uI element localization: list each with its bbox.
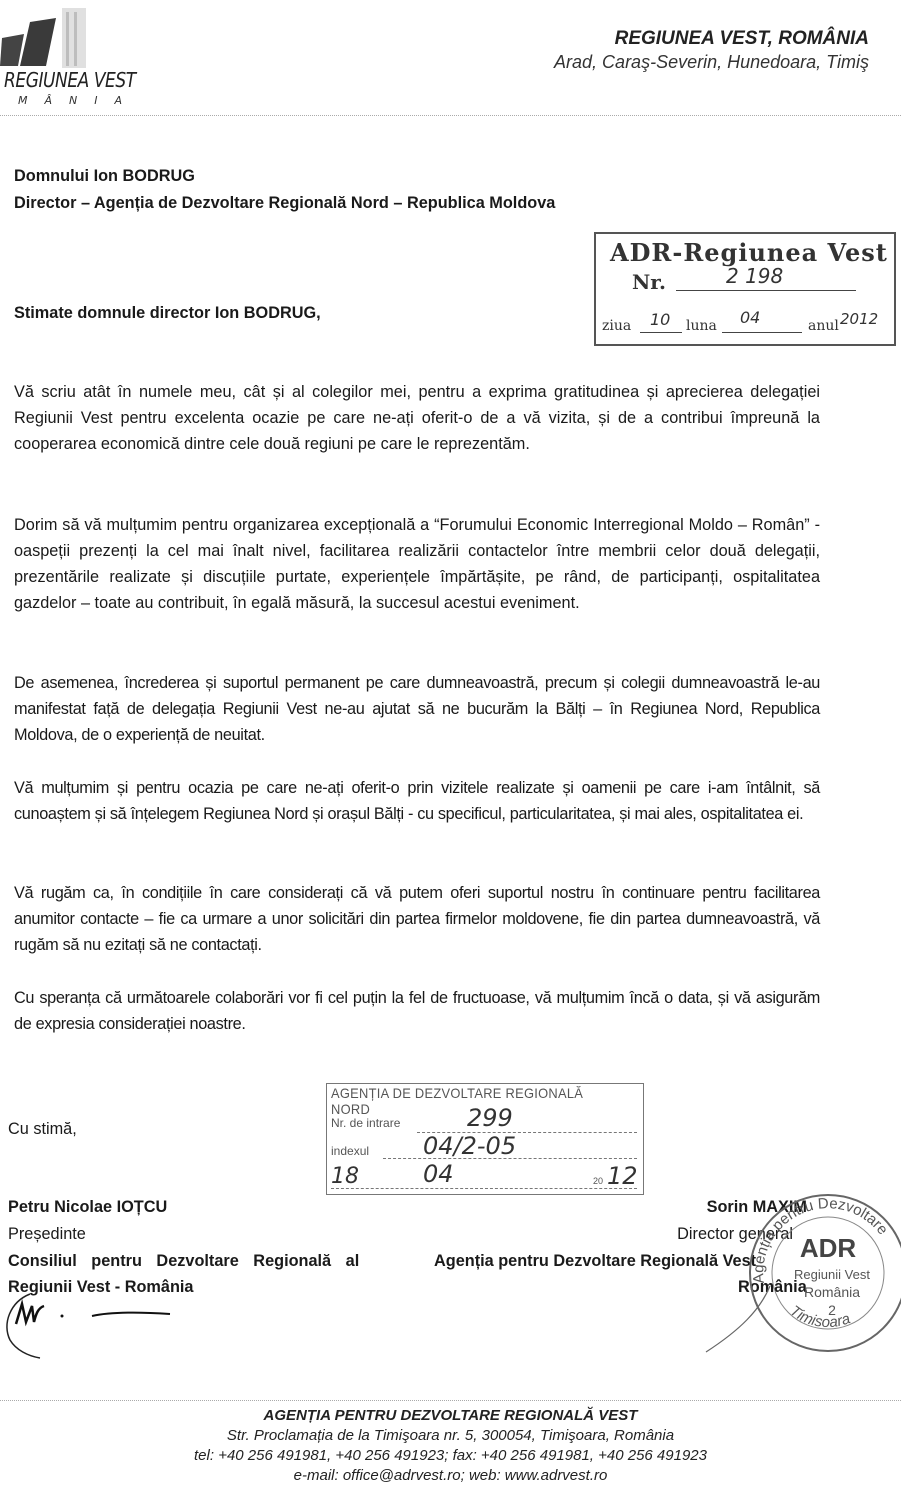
stamp-in-index-value: 04/2-05 xyxy=(423,1132,516,1160)
footer-phones: tel: +40 256 491981, +40 256 491923; fax… xyxy=(0,1447,901,1464)
recipient-title: Director – Agenția de Dezvoltare Regiona… xyxy=(14,190,555,216)
stamp-in-year-prefix: 20 xyxy=(593,1176,603,1186)
closing: Cu stimă, xyxy=(8,1116,77,1142)
stamp-nr-label: Nr. xyxy=(632,270,666,294)
right-signature-icon xyxy=(700,1280,780,1360)
footer-address: Str. Proclamația de la Timişoara nr. 5, … xyxy=(0,1427,901,1444)
left-signatory-name: Petru Nicolae IOȚCU xyxy=(8,1194,167,1220)
stamp-nr-value: 2 198 xyxy=(726,264,783,288)
paragraph-6: Cu speranța că următoarele colaborări vo… xyxy=(14,985,820,1037)
paragraph-5: Vă rugăm ca, în condițiile în care consi… xyxy=(14,880,820,958)
stamp-in-entry-label: Nr. de intrare xyxy=(331,1116,400,1130)
footer-org: AGENȚIA PENTRU DEZVOLTARE REGIONALĂ VEST xyxy=(0,1407,901,1424)
stamp-in-year-suffix: 12 xyxy=(607,1162,638,1190)
logo-text: REGIUNEA VEST xyxy=(4,68,136,92)
registration-stamp-in: AGENȚIA DE DEZVOLTARE REGIONALĂ NORD Nr.… xyxy=(326,1083,644,1195)
left-signatory-role: Președinte xyxy=(8,1221,86,1247)
regiunea-vest-logo-icon xyxy=(0,8,140,70)
stamp-day-value: 10 xyxy=(650,310,670,329)
stamp-in-entry-value: 299 xyxy=(467,1104,513,1132)
paragraph-3: De asemenea, încrederea și suportul perm… xyxy=(14,670,820,748)
footer-divider xyxy=(0,1400,901,1401)
counties: Arad, Caraş-Severin, Hunedoara, Timiş xyxy=(554,52,869,73)
right-signatory-org-line1: Agenția pentru Dezvoltare Regională Vest xyxy=(434,1248,756,1274)
header-divider xyxy=(0,115,901,116)
paragraph-4: Vă mulțumim și pentru ocazia pe care ne-… xyxy=(14,775,820,827)
salutation: Stimate domnule director Ion BODRUG, xyxy=(14,300,321,326)
svg-text:Timisoara: Timisoara xyxy=(787,1302,853,1331)
round-stamp-line1: Regiunii Vest xyxy=(794,1267,870,1282)
region-title: REGIUNEA VEST, ROMÂNIA xyxy=(615,28,869,50)
footer-contact: e-mail: office@adrvest.ro; web: www.adrv… xyxy=(0,1467,901,1484)
round-stamp-bottom: Timisoara xyxy=(787,1302,853,1331)
paragraph-2: Dorim să vă mulțumim pentru organizarea … xyxy=(14,512,820,616)
stamp-in-month-value: 04 xyxy=(423,1160,454,1188)
left-signature-icon xyxy=(0,1284,180,1364)
stamp-day-label: ziua xyxy=(602,318,631,334)
left-signatory-org-line1: Consiliul pentru Dezvoltare Regională al xyxy=(8,1248,359,1274)
stamp-year-label: anul xyxy=(808,318,839,334)
round-stamp-line2: România xyxy=(804,1284,860,1300)
recipient-name: Domnului Ion BODRUG xyxy=(14,163,195,189)
round-stamp-center: ADR xyxy=(800,1233,857,1263)
stamp-month-label: luna xyxy=(686,318,717,334)
stamp-title: ADR-Regiunea Vest xyxy=(610,238,888,267)
stamp-in-day-value: 18 xyxy=(331,1164,359,1189)
logo-subtext: MÂNIA xyxy=(18,94,139,107)
stamp-in-index-label: indexul xyxy=(331,1144,369,1158)
registration-stamp-out: ADR-Regiunea Vest Nr. 2 198 ziua 10 luna… xyxy=(594,232,896,346)
paragraph-1: Vă scriu atât în numele meu, cât și al c… xyxy=(14,379,820,457)
stamp-year-value: 2012 xyxy=(840,310,878,328)
stamp-month-value: 04 xyxy=(740,308,760,327)
